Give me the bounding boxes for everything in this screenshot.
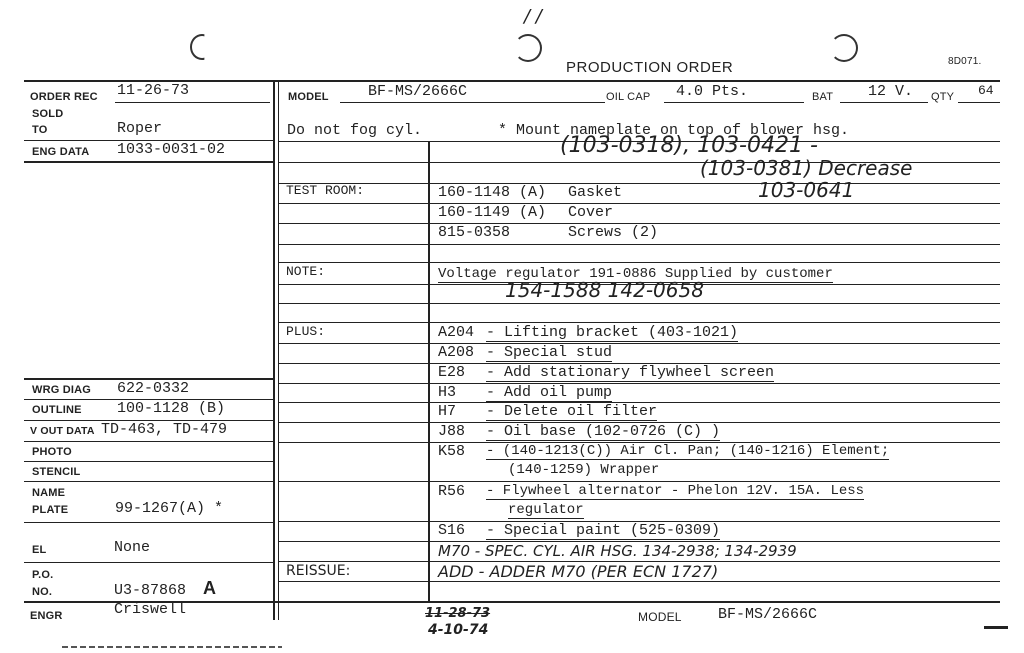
divider xyxy=(24,461,273,462)
divider xyxy=(278,322,1000,323)
form-number: 8D071. xyxy=(948,56,981,67)
eng-data-value: 1033-0031-02 xyxy=(117,141,225,158)
eng-data-label: ENG DATA xyxy=(32,146,89,158)
plus-desc-8-cont: regulator xyxy=(508,502,584,519)
plus-code-7: K58 xyxy=(438,443,465,460)
plus-code-3: E28 xyxy=(438,364,465,381)
stencil-label: STENCIL xyxy=(32,466,80,478)
footer-date-new: 4-10-74 xyxy=(428,622,488,638)
engr-value: Criswell xyxy=(114,601,186,618)
test-room-desc-2: Cover xyxy=(568,204,613,221)
main-divider xyxy=(273,80,275,620)
divider xyxy=(24,161,273,163)
footer-model-label: MODEL xyxy=(638,610,682,624)
footer-model-value: BF-MS/2666C xyxy=(718,606,817,623)
oil-cap-value: 4.0 Pts. xyxy=(676,83,748,100)
plus-desc-1: - Lifting bracket (403-1021) xyxy=(486,324,738,342)
handwritten-part-numbers-1: (103-0318), 103-0421 - xyxy=(560,133,818,158)
divider xyxy=(24,441,273,442)
order-rec-value: 11-26-73 xyxy=(117,82,189,99)
plus-desc-8: - Flywheel alternator - Phelon 12V. 15A.… xyxy=(486,483,864,500)
handwritten-part-numbers-3: 103-0641 xyxy=(758,178,854,202)
divider xyxy=(278,183,1000,184)
divider xyxy=(278,262,1000,263)
po-label-1: P.O. xyxy=(32,569,53,581)
plus-code-6: J88 xyxy=(438,423,465,440)
name-plate-label-1: NAME xyxy=(32,487,65,499)
v-out-data-label: V OUT DATA xyxy=(30,425,95,437)
handwritten-part-numbers-2: (103-0381) Decrease xyxy=(700,156,912,180)
top-mark: / / xyxy=(524,6,542,27)
model-value: BF-MS/2666C xyxy=(368,83,467,100)
plus-code-2: A208 xyxy=(438,344,474,361)
plus-label: PLUS: xyxy=(286,324,325,339)
divider xyxy=(278,383,1000,384)
test-room-desc-1: Gasket xyxy=(568,184,622,201)
divider xyxy=(115,102,270,103)
v-out-data-value: TD-463, TD-479 xyxy=(101,421,227,438)
plus-desc-2: - Special stud xyxy=(486,344,612,362)
divider xyxy=(958,102,1000,103)
reissue-text: ADD - ADDER M70 (PER ECN 1727) xyxy=(438,562,718,581)
note-label: NOTE: xyxy=(286,264,325,279)
plus-desc-6: - Oil base (102-0726 (C) ) xyxy=(486,423,720,441)
main-divider-inner xyxy=(278,80,279,620)
divider xyxy=(24,522,273,523)
plus-code-4: H3 xyxy=(438,384,456,401)
engr-label: ENGR xyxy=(30,610,63,622)
po-value: U3-87868 xyxy=(114,582,186,599)
reissue-label: REISSUE: xyxy=(286,563,350,579)
note-handwritten: 154-1588 142-0658 xyxy=(505,278,704,302)
punch-hole-left xyxy=(190,34,214,60)
photo-label: PHOTO xyxy=(32,446,72,458)
punch-hole-right xyxy=(830,34,858,62)
inner-divider xyxy=(428,141,430,601)
sold-to-label-1: SOLD xyxy=(32,108,63,120)
sold-to-label-2: TO xyxy=(32,124,47,136)
plus-desc-9: - Special paint (525-0309) xyxy=(486,522,720,540)
punch-hole-center xyxy=(514,34,542,62)
divider xyxy=(840,102,928,103)
plus-desc-7: - (140-1213(C)) Air Cl. Pan; (140-1216) … xyxy=(486,443,889,460)
plus-desc-4: - Add oil pump xyxy=(486,384,612,402)
footer-mark xyxy=(984,626,1008,629)
el-label: EL xyxy=(32,544,46,556)
order-rec-label: ORDER REC xyxy=(30,91,98,103)
divider xyxy=(278,581,1000,582)
page-title: PRODUCTION ORDER xyxy=(566,59,733,76)
scan-noise-bottom xyxy=(62,646,282,648)
test-room-part-3: 815-0358 xyxy=(438,224,510,241)
bat-value: 12 V. xyxy=(868,83,913,100)
plus-desc-5: - Delete oil filter xyxy=(486,403,657,421)
outline-value: 100-1128 (B) xyxy=(117,400,225,417)
test-room-part-1: 160-1148 (A) xyxy=(438,184,546,201)
test-room-desc-3: Screws (2) xyxy=(568,224,658,241)
divider xyxy=(278,203,1000,204)
outline-label: OUTLINE xyxy=(32,404,82,416)
sold-to-value: Roper xyxy=(117,120,162,137)
po-label-2: NO. xyxy=(32,586,52,598)
wrg-diag-value: 622-0332 xyxy=(117,380,189,397)
divider xyxy=(24,562,273,563)
plus-handwritten-item: M70 - SPEC. CYL. AIR HSG. 134-2938; 134-… xyxy=(438,542,797,560)
divider xyxy=(278,244,1000,245)
divider xyxy=(278,343,1000,344)
plus-desc-7-cont: (140-1259) Wrapper xyxy=(508,462,659,478)
divider xyxy=(340,102,605,103)
model-label: MODEL xyxy=(288,91,329,103)
divider xyxy=(278,303,1000,304)
bat-label: BAT xyxy=(812,91,833,103)
plus-desc-3: - Add stationary flywheel screen xyxy=(486,364,774,382)
instruction-fog: Do not fog cyl. xyxy=(287,122,422,139)
plus-code-1: A204 xyxy=(438,324,474,341)
po-suffix: A xyxy=(203,578,216,599)
qty-value: 64 xyxy=(978,83,994,98)
name-plate-value: 99-1267(A) * xyxy=(115,500,223,517)
name-plate-label-2: PLATE xyxy=(32,504,68,516)
el-value: None xyxy=(114,539,150,556)
divider xyxy=(24,481,273,482)
wrg-diag-label: WRG DIAG xyxy=(32,384,91,396)
plus-code-9: S16 xyxy=(438,522,465,539)
plus-code-5: H7 xyxy=(438,403,456,420)
test-room-label: TEST ROOM: xyxy=(286,183,364,198)
qty-label: QTY xyxy=(931,91,954,103)
divider xyxy=(664,102,804,103)
footer-date-struck: 11-28-73 xyxy=(425,606,490,621)
divider xyxy=(278,481,1000,482)
test-room-part-2: 160-1149 (A) xyxy=(438,204,546,221)
oil-cap-label: OIL CAP xyxy=(606,91,650,103)
plus-code-8: R56 xyxy=(438,483,465,500)
